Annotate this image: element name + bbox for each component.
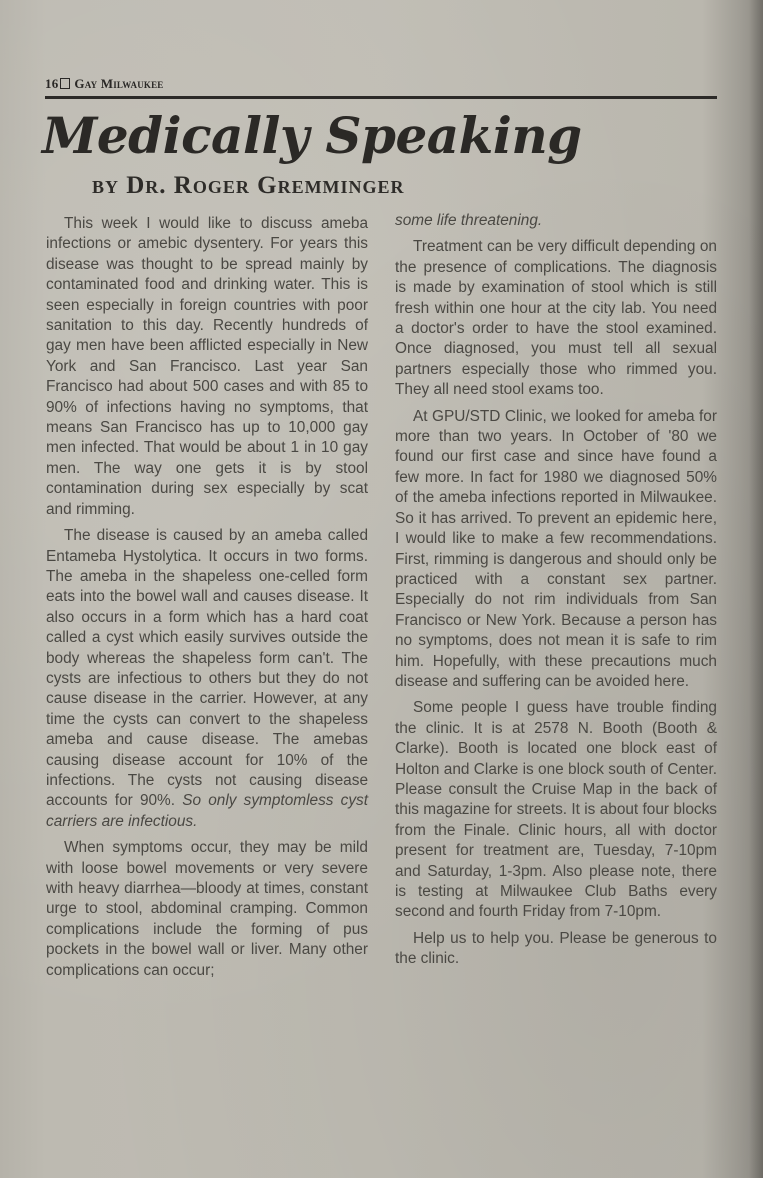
publication-name: Gay Milwaukee	[74, 76, 163, 91]
left-column: This week I would like to discuss ameba …	[46, 214, 368, 987]
paragraph: When symptoms occur, they may be mild wi…	[46, 838, 368, 981]
paragraph: Some people I guess have trouble finding…	[395, 698, 717, 922]
paragraph: Help us to help you. Please be gen­erous…	[395, 929, 717, 970]
paragraph: The disease is caused by an ameba called…	[46, 526, 368, 832]
square-bullet-icon	[60, 78, 70, 89]
paragraph: At GPU/STD Clinic, we looked for ameba f…	[395, 407, 717, 693]
page-edge-shadow	[749, 0, 763, 1178]
right-column: some life threatening. Treatment can be …	[395, 211, 717, 976]
paragraph: This week I would like to discuss ameba …	[46, 214, 368, 520]
article-title: Medically Speaking	[42, 108, 582, 164]
newsprint-page: 16Gay Milwaukee Medically Speaking by Dr…	[0, 0, 763, 1178]
article-byline: by Dr. Roger Gremminger	[92, 172, 405, 200]
page-number: 16	[45, 76, 58, 91]
header-rule	[45, 96, 717, 99]
paragraph: Treatment can be very difficult de­pendi…	[395, 237, 717, 400]
running-head: 16Gay Milwaukee	[45, 76, 720, 92]
paragraph-continuation: some life threatening.	[395, 211, 717, 231]
paragraph-text: The disease is caused by an ameba called…	[46, 527, 368, 809]
